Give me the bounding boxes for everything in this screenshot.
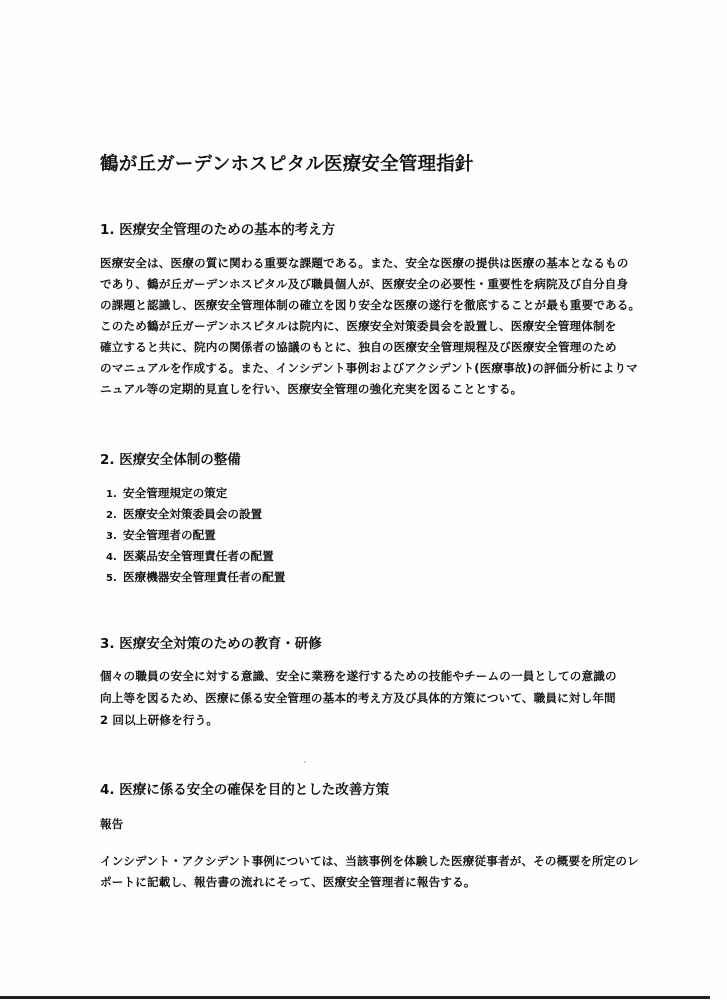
section-4-heading: 4. 医療に係る安全の確保を目的とした改善方策: [100, 778, 389, 798]
list-item-text: 安全管理規定の策定: [123, 486, 227, 500]
list-item-text: 医療安全対策委員会の設置: [123, 507, 262, 521]
list-item: 3.安全管理者の配置: [106, 527, 216, 543]
list-item-number: 1.: [106, 489, 123, 500]
section-1-line: の課題と認識し、医療安全管理体制の確立を図り安全な医療の遂行を徹底することが最も…: [100, 297, 640, 313]
list-item-number: 4.: [106, 552, 123, 563]
list-item-text: 医薬品安全管理責任者の配置: [123, 549, 274, 563]
document-title: 鶴が丘ガーデンホスピタル医療安全管理指針: [100, 150, 474, 176]
list-item-number: 3.: [106, 531, 123, 542]
section-1-line: 確立すると共に、院内の関係者の協議のもとに、独自の医療安全管理規程及び医療安全管…: [100, 339, 617, 355]
section-3-line: 個々の職員の安全に対する意識、安全に業務を遂行するための技能やチームの一員として…: [100, 668, 617, 684]
list-item-text: 医療機器安全管理責任者の配置: [123, 570, 285, 584]
section-1-line: このため鶴が丘ガーデンホスピタルは院内に、医療安全対策委員会を設置し、医療安全管…: [100, 318, 617, 334]
section-3-heading: 3. 医療安全対策のための教育・研修: [100, 632, 322, 652]
section-3-line: 向上等を図るため、医療に係る安全管理の基本的考え方及び具体的方策について、職員に…: [100, 690, 616, 706]
section-1-line: 医療安全は、医療の質に関わる重要な課題である。また、安全な医療の提供は医療の基本…: [100, 255, 628, 271]
section-2-heading: 2. 医療安全体制の整備: [100, 448, 241, 468]
section-1-line: ニュアル等の定期的見直しを行い、医療安全管理の強化充実を図ることとする。: [100, 381, 522, 397]
list-item-number: 2.: [106, 510, 123, 521]
list-item: 5.医療機器安全管理責任者の配置: [106, 569, 285, 585]
scanned-document-page: 鶴が丘ガーデンホスピタル医療安全管理指針 1. 医療安全管理のための基本的考え方…: [0, 0, 727, 1000]
section-1-line: であり、鶴が丘ガーデンホスピタル及び職員個人が、医療安全の必要性・重要性を病院及…: [100, 276, 628, 292]
list-item: 2.医療安全対策委員会の設置: [106, 506, 262, 522]
section-1-line: のマニュアルを作成する。また、インシデント事例およびアクシデント(医療事故)の評…: [100, 360, 638, 376]
scan-speck: [304, 761, 306, 763]
list-item: 4.医薬品安全管理責任者の配置: [106, 548, 274, 564]
section-4-line: ポートに記載し、報告書の流れにそって、医療安全管理者に報告する。: [100, 874, 476, 890]
section-4-subheading: 報告: [100, 816, 123, 832]
list-item: 1.安全管理規定の策定: [106, 485, 227, 501]
scan-bottom-edge: [0, 996, 710, 999]
section-4-line: インシデント・アクシデント事例については、当該事例を体験した医療従事者が、その概…: [100, 853, 639, 869]
section-1-heading: 1. 医療安全管理のための基本的考え方: [100, 218, 335, 238]
list-item-number: 5.: [106, 573, 123, 584]
section-3-line: 2 回以上研修を行う。: [100, 712, 218, 728]
list-item-text: 安全管理者の配置: [123, 528, 216, 542]
